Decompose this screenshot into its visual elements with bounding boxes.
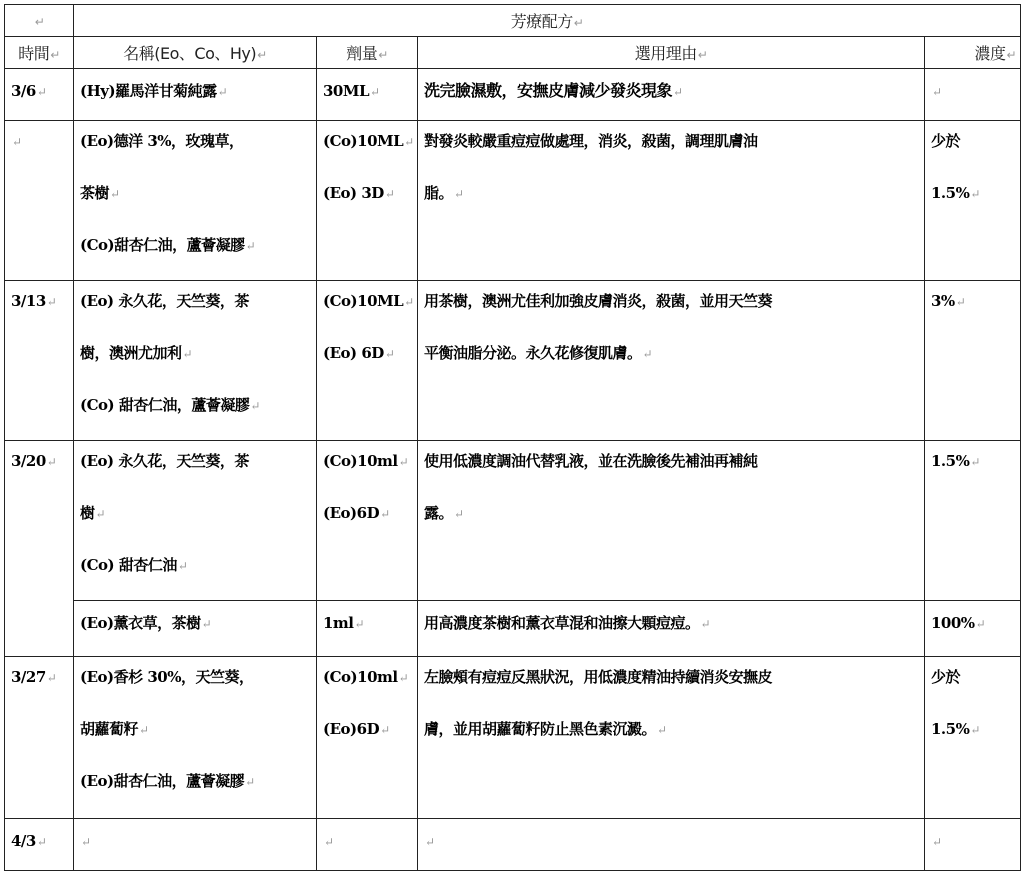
dose-cell[interactable]: 1ml↵ bbox=[317, 601, 418, 657]
reason-line: 脂。 bbox=[424, 184, 453, 202]
paragraph-mark-icon: ↵ bbox=[454, 187, 464, 201]
concentration-cell[interactable]: 100%↵ bbox=[925, 601, 1021, 657]
name-cell[interactable]: (Hy)羅馬洋甘菊純露↵ bbox=[74, 69, 317, 121]
reason-cell[interactable]: 用高濃度茶樹和薰衣草混和油擦大顆痘痘。↵ bbox=[418, 601, 925, 657]
name-cell[interactable]: (Eo) 永久花，天竺葵，茶 樹，澳洲尤加利↵ (Co) 甜杏仁油，蘆薈凝膠↵ bbox=[74, 281, 317, 441]
reason-line: 左臉頰有痘痘反黑狀況，用低濃度精油持續消炎安撫皮 bbox=[424, 668, 772, 686]
paragraph-mark-icon: ↵ bbox=[970, 187, 980, 201]
concentration-line: 1.5% bbox=[931, 184, 969, 202]
paragraph-mark-icon: ↵ bbox=[110, 187, 120, 201]
table-row: 3/20↵ (Eo) 永久花，天竺葵，茶 樹↵ (Co) 甜杏仁油↵ (Co)1… bbox=[5, 441, 1021, 601]
reason-line: 用高濃度茶樹和薰衣草混和油擦大顆痘痘。 bbox=[424, 614, 700, 632]
name-line: 樹，澳洲尤加利 bbox=[80, 344, 182, 362]
name-line: 樹 bbox=[80, 504, 95, 522]
name-cell[interactable]: (Eo)香杉 30%，天竺葵， 胡蘿蔔籽↵ (Eo)甜杏仁油，蘆薈凝膠↵ bbox=[74, 657, 317, 819]
paragraph-mark-icon: ↵ bbox=[673, 85, 683, 99]
name-line: (Eo)香杉 30%，天竺葵， bbox=[80, 668, 253, 686]
concentration-line: 1.5% bbox=[931, 720, 969, 738]
dose-cell[interactable]: ↵ bbox=[317, 819, 418, 871]
paragraph-mark-icon: ↵ bbox=[257, 48, 267, 62]
dose-line: (Co)10ml bbox=[323, 668, 398, 686]
paragraph-mark-icon: ↵ bbox=[324, 835, 334, 849]
concentration-line: 3% bbox=[931, 292, 955, 310]
reason-cell[interactable]: 使用低濃度調油代替乳液，並在洗臉後先補油再補純 露。↵ bbox=[418, 441, 925, 601]
reason-line: 對發炎較嚴重痘痘做處理，消炎，殺菌，調理肌膚油 bbox=[424, 132, 758, 150]
reason-line: 使用低濃度調油代替乳液，並在洗臉後先補油再補純 bbox=[424, 452, 758, 470]
name-line: (Eo)甜杏仁油，蘆薈凝膠 bbox=[80, 772, 244, 790]
header-date-label: 時間 bbox=[18, 44, 49, 63]
paragraph-mark-icon: ↵ bbox=[399, 455, 409, 469]
paragraph-mark-icon: ↵ bbox=[956, 295, 966, 309]
paragraph-mark-icon: ↵ bbox=[202, 617, 212, 631]
paragraph-mark-icon: ↵ bbox=[218, 85, 228, 99]
dose-cell[interactable]: (Co)10ML↵ (Eo) 6D↵ bbox=[317, 281, 418, 441]
paragraph-mark-icon: ↵ bbox=[380, 507, 390, 521]
name-line: (Hy)羅馬洋甘菊純露 bbox=[80, 82, 217, 100]
paragraph-mark-icon: ↵ bbox=[970, 723, 980, 737]
dose-line: (Eo)6D bbox=[323, 720, 379, 738]
name-line: (Eo)薰衣草，茶樹 bbox=[80, 614, 201, 632]
paragraph-mark-icon: ↵ bbox=[385, 347, 395, 361]
paragraph-mark-icon: ↵ bbox=[139, 723, 149, 737]
dose-line: (Co)10ml bbox=[323, 452, 398, 470]
concentration-cell[interactable]: 少於 1.5%↵ bbox=[925, 121, 1021, 281]
paragraph-mark-icon: ↵ bbox=[35, 15, 45, 29]
reason-line: 膚，並用胡蘿蔔籽防止黑色素沉澱。 bbox=[424, 720, 656, 738]
dose-cell[interactable]: (Co)10ml↵ (Eo)6D↵ bbox=[317, 657, 418, 819]
reason-line: 用茶樹，澳洲尤佳利加強皮膚消炎，殺菌，並用天竺葵 bbox=[424, 292, 772, 310]
paragraph-mark-icon: ↵ bbox=[701, 617, 711, 631]
header-name-label: 名稱(Eo、Co、Hy) bbox=[123, 44, 256, 63]
header-dose[interactable]: 劑量↵ bbox=[317, 37, 418, 69]
table-row: 4/3↵ ↵ ↵ ↵ ↵ bbox=[5, 819, 1021, 871]
date-value: 3/13 bbox=[11, 292, 46, 310]
paragraph-mark-icon: ↵ bbox=[404, 135, 414, 149]
paragraph-mark-icon: ↵ bbox=[81, 835, 91, 849]
concentration-line: 少於 bbox=[931, 668, 960, 686]
paragraph-mark-icon: ↵ bbox=[454, 507, 464, 521]
paragraph-mark-icon: ↵ bbox=[178, 559, 188, 573]
paragraph-mark-icon: ↵ bbox=[47, 455, 57, 469]
name-line: 胡蘿蔔籽 bbox=[80, 720, 138, 738]
reason-cell[interactable]: 用茶樹，澳洲尤佳利加強皮膚消炎，殺菌，並用天竺葵 平衡油脂分泌。永久花修復肌膚。… bbox=[418, 281, 925, 441]
header-concentration-label: 濃度 bbox=[974, 44, 1005, 63]
reason-cell[interactable]: 洗完臉濕敷，安撫皮膚減少發炎現象↵ bbox=[418, 69, 925, 121]
paragraph-mark-icon: ↵ bbox=[47, 671, 57, 685]
paragraph-mark-icon: ↵ bbox=[246, 239, 256, 253]
paragraph-mark-icon: ↵ bbox=[250, 399, 260, 413]
paragraph-mark-icon: ↵ bbox=[183, 347, 193, 361]
reason-line: 洗完臉濕敷，安撫皮膚減少發炎現象 bbox=[424, 81, 672, 100]
paragraph-mark-icon: ↵ bbox=[245, 775, 255, 789]
name-cell[interactable]: (Eo) 永久花，天竺葵，茶 樹↵ (Co) 甜杏仁油↵ bbox=[74, 441, 317, 601]
date-cell[interactable]: 3/20↵ bbox=[5, 441, 74, 657]
concentration-line: 100% bbox=[931, 614, 975, 632]
paragraph-mark-icon: ↵ bbox=[932, 835, 942, 849]
paragraph-mark-icon: ↵ bbox=[970, 455, 980, 469]
concentration-cell[interactable]: ↵ bbox=[925, 819, 1021, 871]
date-cell[interactable]: 3/13↵ bbox=[5, 281, 74, 441]
dose-line: (Co)10ML bbox=[323, 132, 403, 150]
dose-line: 1ml bbox=[323, 614, 354, 632]
reason-line: 露。 bbox=[424, 504, 453, 522]
name-line: (Co)甜杏仁油，蘆薈凝膠 bbox=[80, 236, 245, 254]
concentration-cell[interactable]: 1.5%↵ bbox=[925, 441, 1021, 601]
name-line: (Co) 甜杏仁油，蘆薈凝膠 bbox=[80, 396, 249, 414]
paragraph-mark-icon: ↵ bbox=[385, 187, 395, 201]
date-value: 4/3 bbox=[11, 832, 36, 850]
paragraph-mark-icon: ↵ bbox=[12, 135, 22, 149]
paragraph-mark-icon: ↵ bbox=[976, 617, 986, 631]
header-concentration[interactable]: 濃度↵ bbox=[925, 37, 1021, 69]
dose-line: (Co)10ML bbox=[323, 292, 403, 310]
paragraph-mark-icon: ↵ bbox=[380, 723, 390, 737]
paragraph-mark-icon: ↵ bbox=[574, 16, 584, 30]
paragraph-mark-icon: ↵ bbox=[698, 48, 708, 62]
paragraph-mark-icon: ↵ bbox=[643, 347, 653, 361]
paragraph-mark-icon: ↵ bbox=[50, 48, 60, 62]
name-line: (Eo) 永久花，天竺葵，茶 bbox=[80, 292, 249, 310]
concentration-line: 少於 bbox=[931, 132, 960, 150]
name-line: 茶樹 bbox=[80, 184, 109, 202]
table-row: ↵ (Eo)德洋 3%，玫瑰草， 茶樹↵ (Co)甜杏仁油，蘆薈凝膠↵ (Co)… bbox=[5, 121, 1021, 281]
dose-cell[interactable]: 30ML↵ bbox=[317, 69, 418, 121]
title-corner-cell[interactable]: ↵ bbox=[5, 5, 74, 37]
table-title: 芳療配方 bbox=[511, 12, 573, 31]
dose-line: (Eo) 3D bbox=[323, 184, 384, 202]
date-value: 3/27 bbox=[11, 668, 46, 686]
date-cell[interactable]: 3/6↵ bbox=[5, 69, 74, 121]
aromatherapy-formula-table: ↵ 芳療配方↵ 時間↵ 名稱(Eo、Co、Hy)↵ 劑量↵ 選用理由↵ 濃度↵ … bbox=[4, 4, 1021, 871]
date-value: 3/20 bbox=[11, 452, 46, 470]
table-title-cell[interactable]: 芳療配方↵ bbox=[74, 5, 1021, 37]
date-value: 3/6 bbox=[11, 82, 36, 100]
table-row: 3/27↵ (Eo)香杉 30%，天竺葵， 胡蘿蔔籽↵ (Eo)甜杏仁油，蘆薈凝… bbox=[5, 657, 1021, 819]
name-cell[interactable]: ↵ bbox=[74, 819, 317, 871]
dose-line: 30ML bbox=[323, 82, 369, 100]
paragraph-mark-icon: ↵ bbox=[399, 671, 409, 685]
date-cell[interactable]: 4/3↵ bbox=[5, 819, 74, 871]
header-date[interactable]: 時間↵ bbox=[5, 37, 74, 69]
reason-line: 平衡油脂分泌。永久花修復肌膚。 bbox=[424, 344, 642, 362]
concentration-line: 1.5% bbox=[931, 452, 969, 470]
paragraph-mark-icon: ↵ bbox=[37, 85, 47, 99]
paragraph-mark-icon: ↵ bbox=[932, 85, 942, 99]
concentration-cell[interactable]: 3%↵ bbox=[925, 281, 1021, 441]
paragraph-mark-icon: ↵ bbox=[96, 507, 106, 521]
reason-cell[interactable]: ↵ bbox=[418, 819, 925, 871]
name-cell[interactable]: (Eo)德洋 3%，玫瑰草， 茶樹↵ (Co)甜杏仁油，蘆薈凝膠↵ bbox=[74, 121, 317, 281]
paragraph-mark-icon: ↵ bbox=[404, 295, 414, 309]
name-line: (Eo) 永久花，天竺葵，茶 bbox=[80, 452, 249, 470]
paragraph-mark-icon: ↵ bbox=[37, 835, 47, 849]
paragraph-mark-icon: ↵ bbox=[378, 48, 388, 62]
dose-cell[interactable]: (Co)10ml↵ (Eo)6D↵ bbox=[317, 441, 418, 601]
paragraph-mark-icon: ↵ bbox=[425, 835, 435, 849]
reason-cell[interactable]: 左臉頰有痘痘反黑狀況，用低濃度精油持續消炎安撫皮 膚，並用胡蘿蔔籽防止黑色素沉澱… bbox=[418, 657, 925, 819]
title-row: ↵ 芳療配方↵ bbox=[5, 5, 1021, 37]
reason-cell[interactable]: 對發炎較嚴重痘痘做處理，消炎，殺菌，調理肌膚油 脂。↵ bbox=[418, 121, 925, 281]
date-cell[interactable]: ↵ bbox=[5, 121, 74, 281]
table-row: 3/13↵ (Eo) 永久花，天竺葵，茶 樹，澳洲尤加利↵ (Co) 甜杏仁油，… bbox=[5, 281, 1021, 441]
header-dose-label: 劑量 bbox=[346, 44, 377, 63]
paragraph-mark-icon: ↵ bbox=[47, 295, 57, 309]
paragraph-mark-icon: ↵ bbox=[657, 723, 667, 737]
header-reason-label: 選用理由 bbox=[635, 44, 697, 63]
dose-line: (Eo)6D bbox=[323, 504, 379, 522]
header-name[interactable]: 名稱(Eo、Co、Hy)↵ bbox=[74, 37, 317, 69]
name-line: (Co) 甜杏仁油 bbox=[80, 556, 177, 574]
column-header-row: 時間↵ 名稱(Eo、Co、Hy)↵ 劑量↵ 選用理由↵ 濃度↵ bbox=[5, 37, 1021, 69]
dose-cell[interactable]: (Co)10ML↵ (Eo) 3D↵ bbox=[317, 121, 418, 281]
header-reason[interactable]: 選用理由↵ bbox=[418, 37, 925, 69]
concentration-cell[interactable]: 少於 1.5%↵ bbox=[925, 657, 1021, 819]
table-row: 3/6↵ (Hy)羅馬洋甘菊純露↵ 30ML↵ 洗完臉濕敷，安撫皮膚減少發炎現象… bbox=[5, 69, 1021, 121]
concentration-cell[interactable]: ↵ bbox=[925, 69, 1021, 121]
name-cell[interactable]: (Eo)薰衣草，茶樹↵ bbox=[74, 601, 317, 657]
table-row: (Eo)薰衣草，茶樹↵ 1ml↵ 用高濃度茶樹和薰衣草混和油擦大顆痘痘。↵ 10… bbox=[5, 601, 1021, 657]
name-line: (Eo)德洋 3%，玫瑰草， bbox=[80, 132, 244, 150]
paragraph-mark-icon: ↵ bbox=[355, 617, 365, 631]
date-cell[interactable]: 3/27↵ bbox=[5, 657, 74, 819]
paragraph-mark-icon: ↵ bbox=[370, 85, 380, 99]
paragraph-mark-icon: ↵ bbox=[1006, 48, 1016, 62]
dose-line: (Eo) 6D bbox=[323, 344, 384, 362]
